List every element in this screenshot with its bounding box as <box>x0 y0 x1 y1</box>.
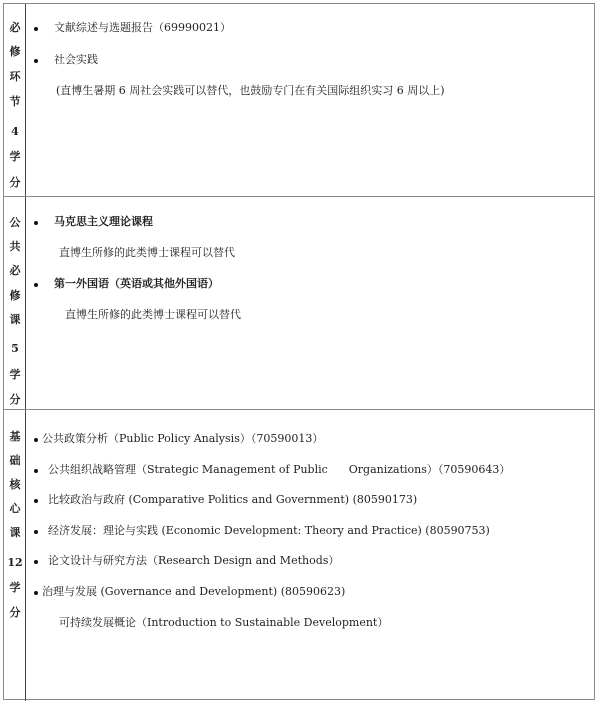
list-item: 治理与发展 (Governance and Development) (8059… <box>42 585 345 598</box>
label-char: 修 <box>4 290 26 302</box>
section-public-required-courses: 公 共 必 修 课 5 学 分 马克思主义理论课程 直博生所修的此类博士课程可以… <box>4 196 594 409</box>
section-label: 基 础 核 心 课 12 学 分 <box>4 410 26 701</box>
list-item-note: (直博生暑期 6 周社会实践可以替代，也鼓励专门在有关国际组织实习 6 周以上) <box>56 84 445 97</box>
bullet-icon <box>34 591 38 595</box>
list-item-note: 直博生所修的此类博士课程可以替代 <box>65 308 241 321</box>
label-char: 分 <box>4 177 26 189</box>
label-char: 5 <box>4 343 26 355</box>
label-char: 12 <box>4 557 26 569</box>
list-item-note: 可持续发展概论（Introduction to Sustainable Deve… <box>59 616 388 629</box>
bullet-icon <box>34 469 38 473</box>
list-item: 公共政策分析（Public Policy Analysis）（70590013） <box>42 432 323 445</box>
section-required-components: 必 修 环 节 4 学 分 文献综述与选题报告（69990021） 社会实践 (… <box>4 4 594 196</box>
label-char: 分 <box>4 394 26 406</box>
list-item: 社会实践 <box>54 53 98 66</box>
section-content: 马克思主义理论课程 直博生所修的此类博士课程可以替代 第一外国语（英语或其他外国… <box>26 197 594 409</box>
label-char: 共 <box>4 241 26 253</box>
label-char: 学 <box>4 582 26 594</box>
curriculum-table: 必 修 环 节 4 学 分 文献综述与选题报告（69990021） 社会实践 (… <box>3 3 595 700</box>
list-item: 公共组织战略管理（Strategic Management of Public … <box>48 463 510 476</box>
label-char: 分 <box>4 607 26 619</box>
list-item: 论文设计与研究方法（Research Design and Methods） <box>48 554 339 567</box>
list-item: 文献综述与选题报告（69990021） <box>54 21 231 34</box>
label-char: 必 <box>4 265 26 277</box>
bullet-icon <box>34 499 38 503</box>
section-label: 公 共 必 修 课 5 学 分 <box>4 197 26 409</box>
label-char: 心 <box>4 503 26 515</box>
label-char: 学 <box>4 151 26 163</box>
label-char: 公 <box>4 217 26 229</box>
bullet-icon <box>34 530 38 534</box>
section-content: 文献综述与选题报告（69990021） 社会实践 (直博生暑期 6 周社会实践可… <box>26 4 594 196</box>
label-char: 环 <box>4 71 26 83</box>
bullet-icon <box>34 438 38 442</box>
section-content: 公共政策分析（Public Policy Analysis）（70590013）… <box>26 410 594 701</box>
bullet-icon <box>34 283 38 287</box>
bullet-icon <box>34 221 38 225</box>
section-label: 必 修 环 节 4 学 分 <box>4 4 26 196</box>
bullet-icon <box>34 560 38 564</box>
label-char: 基 <box>4 431 26 443</box>
label-char: 核 <box>4 479 26 491</box>
list-item: 马克思主义理论课程 <box>54 215 153 228</box>
label-char: 4 <box>4 126 26 138</box>
list-item: 第一外国语（英语或其他外国语） <box>54 277 219 290</box>
label-char: 节 <box>4 96 26 108</box>
label-char: 修 <box>4 46 26 58</box>
list-item-note: 直博生所修的此类博士课程可以替代 <box>59 246 235 259</box>
bullet-icon <box>34 27 38 31</box>
label-char: 课 <box>4 314 26 326</box>
section-core-foundation-courses: 基 础 核 心 课 12 学 分 公共政策分析（Public Policy An… <box>4 409 594 701</box>
bullet-icon <box>34 59 38 63</box>
list-item: 经济发展：理论与实践 (Economic Development: Theory… <box>48 524 490 537</box>
label-char: 学 <box>4 369 26 381</box>
list-item: 比较政治与政府 (Comparative Politics and Govern… <box>48 493 417 506</box>
label-char: 必 <box>4 22 26 34</box>
label-char: 础 <box>4 455 26 467</box>
label-char: 课 <box>4 527 26 539</box>
